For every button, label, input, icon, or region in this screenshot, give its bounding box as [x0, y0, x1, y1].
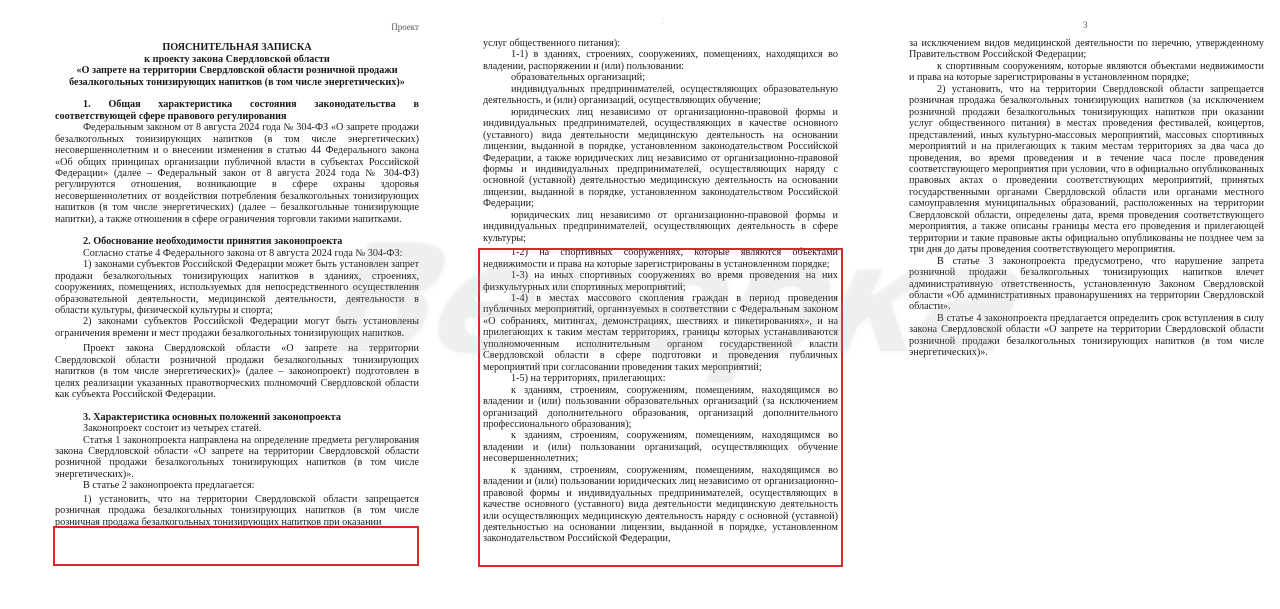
section-1-heading: 1. Общая характеристика состояния законо…: [55, 99, 419, 122]
page-number: 3: [1083, 20, 1088, 30]
document-title: ПОЯСНИТЕЛЬНАЯ ЗАПИСКА: [55, 42, 419, 53]
page-3-content: за исключением видов медицинской деятель…: [909, 38, 1264, 359]
item-1-5-c: к зданиям, строениям, сооружениям, помещ…: [483, 465, 838, 545]
section-3-paragraph-3: В статье 2 законопроекта предлагается:: [55, 480, 419, 491]
item-1-5-a: к зданиям, строениям, сооружениям, помещ…: [483, 385, 838, 431]
law-name: «О запрете на территории Свердловской об…: [55, 65, 419, 88]
section-2-heading: 2. Обоснование необходимости принятия за…: [55, 236, 419, 247]
section-3-paragraph-2: Статья 1 законопроекта направлена на опр…: [55, 435, 419, 481]
highlighted-paragraph-1: 1) установить, что на территории Свердло…: [55, 494, 419, 528]
section-3-heading: 3. Характеристика основных положений зак…: [55, 412, 419, 423]
item-1-1-d: юридических лиц независимо от организаци…: [483, 210, 838, 244]
item-1-5-b: к зданиям, строениям, сооружениям, помещ…: [483, 430, 838, 464]
continuation-text: за исключением видов медицинской деятель…: [909, 38, 1264, 61]
item-1-4: 1-4) в местах массового скопления гражда…: [483, 293, 838, 373]
page-1-content: Проект ПОЯСНИТЕЛЬНАЯ ЗАПИСКА к проекту з…: [55, 22, 419, 528]
item-1-1-a: образовательных организаций;: [483, 72, 838, 83]
section-3-paragraph-1: Законопроект состоит из четырех статей.: [55, 423, 419, 434]
section-2-paragraph-1: Согласно статье 4 Федерального закона от…: [55, 248, 419, 259]
article-3-description: В статье 3 законопроекта предусмотрено, …: [909, 256, 1264, 313]
item-1-3: 1-3) на иных спортивных сооружениях во в…: [483, 270, 838, 293]
item-2: 2) установить, что на территории Свердло…: [909, 84, 1264, 256]
page-2-content: услуг общественного питания): 1-1) в зда…: [483, 38, 838, 545]
section-2-paragraph-3: 2) законами субъектов Российской Федерац…: [55, 316, 419, 339]
document-subtitle: к проекту закона Свердловской области: [55, 54, 419, 65]
section-2-paragraph-4: Проект закона Свердловской области «О за…: [55, 343, 419, 400]
item-1-5: 1-5) на территориях, прилегающих:: [483, 373, 838, 384]
continuation-text: услуг общественного питания):: [483, 38, 838, 49]
document-page-1: Проект ПОЯСНИТЕЛЬНАЯ ЗАПИСКА к проекту з…: [0, 0, 440, 609]
section-1-paragraph: Федеральным законом от 8 августа 2024 го…: [55, 122, 419, 225]
project-stamp: Проект: [55, 22, 419, 33]
page-number: 2: [660, 16, 665, 26]
item-1-5-d: к спортивным сооружениям, которые являют…: [909, 61, 1264, 84]
highlight-box-1: [53, 526, 419, 566]
item-1-1: 1-1) в зданиях, строениях, сооружениях, …: [483, 49, 838, 72]
section-2-paragraph-2: 1) законами субъектов Российской Федерац…: [55, 259, 419, 316]
article-4-description: В статье 4 законопроекта предлагается оп…: [909, 313, 1264, 359]
item-1-1-b: индивидуальных предпринимателей, осущест…: [483, 84, 838, 107]
document-page-2: 2 услуг общественного питания): 1-1) в з…: [465, 0, 855, 609]
document-page-3: 3 за исключением видов медицинской деяте…: [895, 0, 1280, 609]
item-1-2: 1-2) на спортивных сооружениях, которые …: [483, 247, 838, 270]
item-1-1-c: юридических лиц независимо от организаци…: [483, 107, 838, 210]
